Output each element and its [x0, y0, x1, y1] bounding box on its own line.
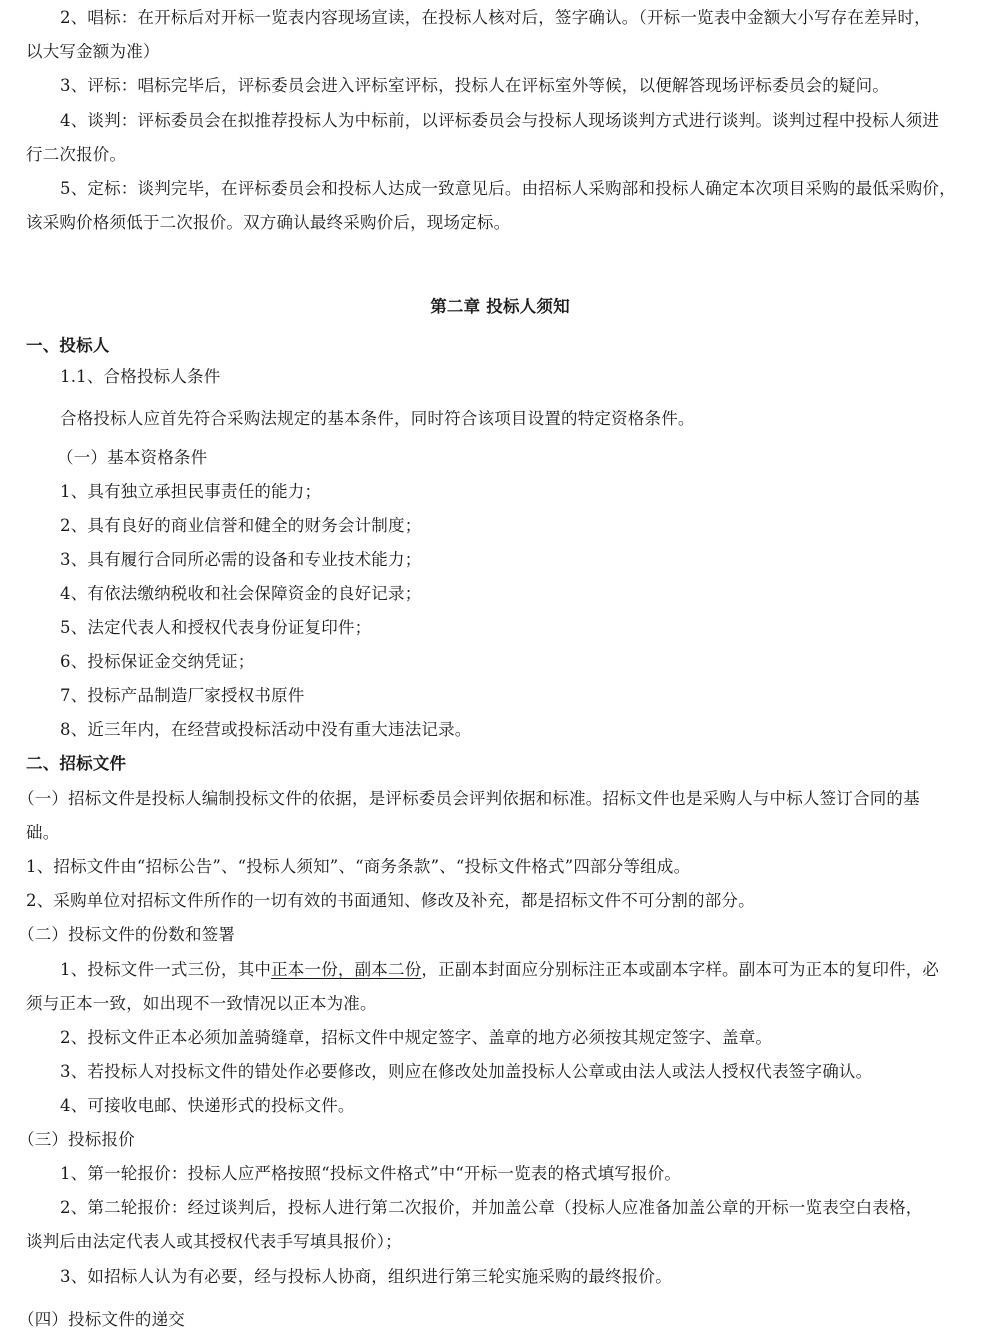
- copies-item-1-line-1: 1、投标文件一式三份，其中正本一份，副本二份，正副本封面应分别标注正本或副本字样…: [60, 959, 939, 981]
- qualification-item: 3、具有履行合同所必需的设备和专业技术能力；: [60, 549, 421, 571]
- price-item-2-line-1: 2、第二轮报价：经过谈判后，投标人进行第二次报价，并加盖公章（投标人应准备加盖公…: [60, 1197, 922, 1219]
- price-item-2-line-2: 谈判后由法定代表人或其授权代表手写填具报价）；: [26, 1231, 402, 1253]
- procedure-item-5-line-2: 该采购价格须低于二次报价。双方确认最终采购价后，现场定标。: [26, 212, 510, 234]
- subsection-heading-qualified-bidder: 1.1、合格投标人条件: [60, 366, 220, 388]
- tender-docs-para-1-line-1: （一）招标文件是投标人编制投标文件的依据，是评标委员会评判依据和标准。招标文件也…: [18, 788, 920, 810]
- tender-docs-para-2: 1、招标文件由“招标公告”、“投标人须知”、“商务条款”、“投标文件格式”四部分…: [26, 856, 690, 878]
- qualification-item: 5、法定代表人和授权代表身份证复印件；: [60, 617, 371, 639]
- tender-docs-para-3: 2、采购单位对招标文件所作的一切有效的书面通知、修改及补充，都是招标文件不可分割…: [26, 890, 755, 912]
- procedure-item-3: 3、评标：唱标完毕后，评标委员会进入评标室评标，投标人在评标室外等候，以便解答现…: [60, 75, 889, 97]
- tender-docs-para-1-line-2: 础。: [26, 822, 59, 844]
- section-heading-tender-documents: 二、招标文件: [26, 753, 126, 775]
- copies-item-1-pre: 1、投标文件一式三份，其中: [60, 960, 271, 979]
- qualification-item: 6、投标保证金交纳凭证；: [60, 651, 254, 673]
- copies-item-3: 3、若投标人对投标文件的错处作必要修改，则应在修改处加盖投标人公章或由法人或法人…: [60, 1061, 872, 1083]
- procedure-item-2-line-2: 以大写金额为准）: [26, 41, 160, 63]
- copies-item-1-line-2: 须与正本一致，如出现不一致情况以正本为准。: [26, 993, 377, 1015]
- price-item-3: 3、如招标人认为有必要，经与投标人协商，组织进行第三轮实施采购的最终报价。: [60, 1266, 672, 1288]
- copies-item-1-post: ，正副本封面应分别标注正本或副本字样。副本可为正本的复印件，必: [421, 960, 939, 979]
- qualification-item: 1、具有独立承担民事责任的能力；: [60, 481, 321, 503]
- basic-qualification-heading: （一）基本资格条件: [57, 447, 207, 469]
- procedure-item-5-line-1: 5、定标：谈判完毕，在评标委员会和投标人达成一致意见后。由招标人采购部和投标人确…: [60, 178, 956, 200]
- procedure-item-2-line-1: 2、唱标：在开标后对开标一览表内容现场宣读，在投标人核对后，签字确认。（开标一览…: [60, 7, 931, 29]
- qualification-item: 7、投标产品制造厂家授权书原件: [60, 685, 305, 707]
- submit-heading: （四）投标文件的递交: [18, 1309, 185, 1331]
- qualification-item: 2、具有良好的商业信誉和健全的财务会计制度；: [60, 515, 421, 537]
- procedure-item-4-line-2: 行二次报价。: [26, 144, 126, 166]
- price-item-1: 1、第一轮报价：投标人应严格按照“投标文件格式”中“开标一览表的格式填写报价。: [60, 1163, 681, 1185]
- qualification-item: 8、近三年内，在经营或投标活动中没有重大违法记录。: [60, 719, 472, 741]
- procedure-item-4-line-1: 4、谈判：评标委员会在拟推荐投标人为中标前，以评标委员会与投标人现场谈判方式进行…: [60, 110, 939, 132]
- copies-heading: （二）投标文件的份数和签署: [18, 924, 235, 946]
- copies-item-4: 4、可接收电邮、快递形式的投标文件。: [60, 1095, 355, 1117]
- copies-item-1-underlined: 正本一份，副本二份: [271, 960, 421, 979]
- qualification-item: 4、有依法缴纳税收和社会保障资金的良好记录；: [60, 583, 421, 605]
- section-heading-bidder: 一、投标人: [26, 335, 110, 357]
- qualification-intro: 合格投标人应首先符合采购法规定的基本条件，同时符合该项目设置的特定资格条件。: [60, 408, 695, 430]
- copies-item-2: 2、投标文件正本必须加盖骑缝章，招标文件中规定签字、盖章的地方必须按其规定签字、…: [60, 1027, 772, 1049]
- chapter-title: 第二章 投标人须知: [0, 296, 1000, 318]
- price-heading: （三）投标报价: [18, 1129, 135, 1151]
